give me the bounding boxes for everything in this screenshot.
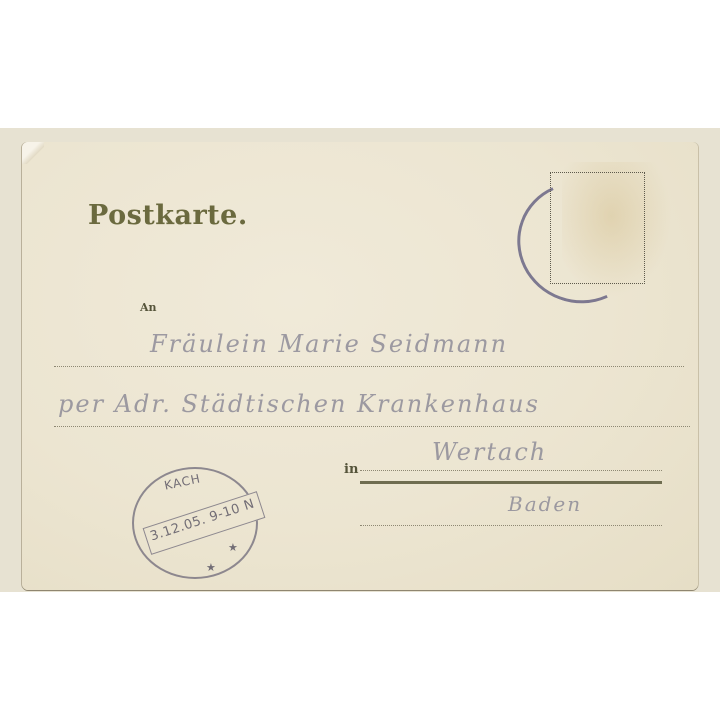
handwritten-line-2: per Adr. Städtischen Krankenhaus	[58, 390, 540, 418]
address-dotted-line-2	[54, 426, 690, 427]
place-prefix-label: in	[344, 462, 358, 477]
postmark-city: KACH	[163, 471, 202, 492]
handwritten-line-1: Fräulein Marie Seidmann	[150, 330, 508, 358]
address-dotted-line-1	[54, 366, 684, 367]
postcard: Postkarte. An Fräulein Marie Seidmann pe…	[22, 142, 698, 590]
postmark-cancel: KACH 3.12.05. 9-10 N ★ ★	[132, 467, 258, 579]
region-dotted-line	[360, 525, 662, 526]
handwritten-line-3: Wertach	[432, 438, 547, 466]
stamp-placeholder-box	[550, 172, 645, 284]
star-icon: ★	[206, 561, 216, 574]
address-prefix-label: An	[140, 301, 157, 314]
star-icon: ★	[228, 541, 238, 554]
handwritten-line-4: Baden	[508, 492, 582, 516]
place-solid-line	[360, 481, 662, 484]
corner-crease	[22, 142, 44, 164]
place-dotted-line	[360, 470, 662, 471]
postcard-title: Postkarte.	[88, 200, 248, 231]
